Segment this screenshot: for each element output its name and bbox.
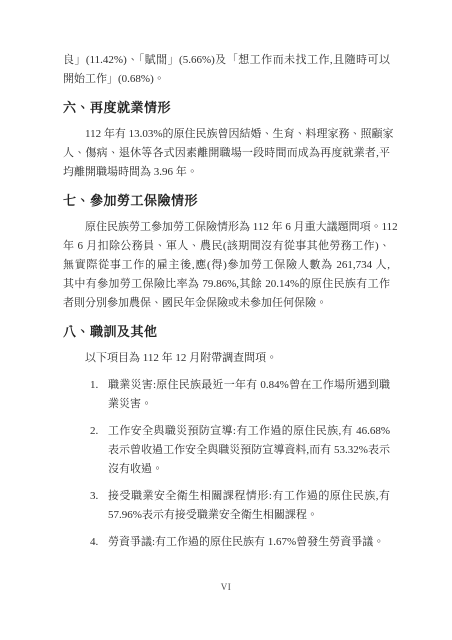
text-line: 112 年有 13.03%的原住民族曾因結婚、生育、料理家務、照顧家: [63, 125, 390, 144]
text-line: 職業災害:原住民族最近一年有 0.84%曾在工作場所遇到職: [108, 376, 390, 395]
text-line: 年 6 月扣除公務員、軍人、農民(該期間沒有從事其他勞務工作)、: [63, 237, 390, 256]
page-number-footer: VI: [0, 581, 452, 593]
text-line: 以下項目為 112 年 12 月附帶調查問項。: [63, 349, 390, 368]
text-line: 原住民族勞工參加勞工保險情形為 112 年 6 月重大議題問項。112: [63, 218, 390, 237]
text-line: 業災害。: [108, 395, 390, 414]
list-item: 2. 工作安全與職災預防宣導:有工作過的原住民族,有 46.68% 表示曾收過工…: [63, 422, 390, 479]
section-6-heading: 六、再度就業情形: [63, 98, 390, 118]
document-page: 良」(11.42%)、「賦閒」(5.66%)及「想工作而未找工作,且隨時可以 開…: [0, 0, 452, 640]
list-item-number: 3.: [90, 487, 98, 506]
section-8-intro-paragraph: 以下項目為 112 年 12 月附帶調查問項。: [63, 349, 390, 368]
numbered-list: 1. 職業災害:原住民族最近一年有 0.84%曾在工作場所遇到職 業災害。 2.…: [63, 376, 390, 552]
list-item: 3. 接受職業安全衛生相關課程情形:有工作過的原住民族,有 57.96%表示有接…: [63, 487, 390, 525]
section-6-paragraph: 112 年有 13.03%的原住民族曾因結婚、生育、料理家務、照顧家 人、傷病、…: [63, 125, 390, 182]
text-line: 者則分別參加農保、國民年金保險或未參加任何保險。: [63, 294, 390, 313]
text-line: 勞資爭議:有工作過的原住民族有 1.67%曾發生勞資爭議。: [108, 533, 390, 552]
list-item-number: 1.: [90, 376, 98, 395]
list-item-number: 2.: [90, 422, 98, 441]
list-item: 1. 職業災害:原住民族最近一年有 0.84%曾在工作場所遇到職 業災害。: [63, 376, 390, 414]
text-line: 57.96%表示有接受職業安全衛生相關課程。: [108, 506, 390, 525]
text-line: 接受職業安全衛生相關課程情形:有工作過的原住民族,有: [108, 487, 390, 506]
list-item: 4. 勞資爭議:有工作過的原住民族有 1.67%曾發生勞資爭議。: [63, 533, 390, 552]
text-line: 工作安全與職災預防宣導:有工作過的原住民族,有 46.68%: [108, 422, 390, 441]
text-line: 無實際從事工作的雇主後,應(得)參加勞工保險人數為 261,734 人,: [63, 256, 390, 275]
section-7-heading: 七、參加勞工保險情形: [63, 191, 390, 211]
text-line: 良」(11.42%)、「賦閒」(5.66%)及「想工作而未找工作,且隨時可以: [63, 51, 390, 70]
list-item-number: 4.: [90, 533, 98, 552]
text-line: 其中有參加勞工保險比率為 79.86%,其餘 20.14%的原住民族有工作: [63, 275, 390, 294]
paragraph-continuation: 良」(11.42%)、「賦閒」(5.66%)及「想工作而未找工作,且隨時可以 開…: [63, 51, 390, 89]
text-line: 人、傷病、退休等各式因素離開職場一段時間而成為再度就業者,平: [63, 144, 390, 163]
text-line: 表示曾收過工作安全與職災預防宣導資料,而有 53.32%表示: [108, 441, 390, 460]
text-line: 開始工作」(0.68%)。: [63, 70, 390, 89]
section-8-heading: 八、職訓及其他: [63, 322, 390, 342]
text-line: 沒有收過。: [108, 460, 390, 479]
section-7-paragraph: 原住民族勞工參加勞工保險情形為 112 年 6 月重大議題問項。112 年 6 …: [63, 218, 390, 313]
text-line: 均離開職場時間為 3.96 年。: [63, 163, 390, 182]
